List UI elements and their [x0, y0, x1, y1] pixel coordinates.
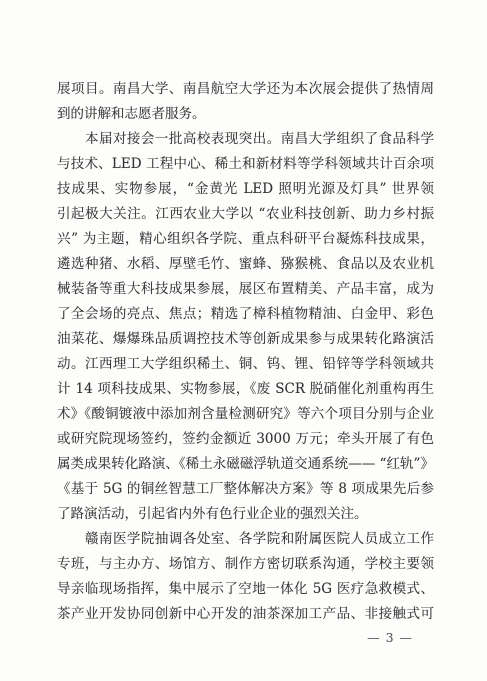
- text-line: 到的讲解和志愿者服务。: [57, 102, 434, 127]
- text-line: 或研究院现场签约，签约金额近 3000 万元；牵头开展了有色金: [57, 427, 434, 452]
- text-line: 了全会场的亮点、焦点；精选了樟科植物精油、白金甲、彩色: [57, 302, 434, 327]
- text-line: 械装备等重大科技成果参展，展区布置精美、产品丰富，成为: [57, 277, 434, 302]
- text-line: 茶产业开发协同创新中心开发的油茶深加工产品、非接触式可: [57, 602, 434, 627]
- text-line: 动。江西理工大学组织稀土、铜、钨、锂、铅锌等学科领域共: [57, 352, 434, 377]
- text-line: 引起极大关注。江西农业大学以 “农业科技创新、助力乡村振: [57, 202, 434, 227]
- page-number: — 3 —: [367, 630, 413, 646]
- text-line: 计 14 项科技成果、实物参展，《废 SCR 脱硝催化剂重构再生技: [57, 377, 434, 402]
- document-page: 展项目。南昌大学、南昌航空大学还为本次展会提供了热情周到的讲解和志愿者服务。本届…: [0, 0, 487, 681]
- text-line: 了路演活动，引起省内外有色行业企业的强烈关注。: [57, 502, 434, 527]
- text-line: 专班，与主办方、场馆方、制作方密切联系沟通，学校主要领: [57, 552, 434, 577]
- text-line: 属类成果转化路演、《稀土永磁磁浮轨道交通系统—— “红轨”》: [57, 452, 434, 477]
- text-line: 技成果、实物参展，“金黄光 LED 照明光源及灯具” 世界领先，: [57, 177, 434, 202]
- text-line: 兴” 为主题，精心组织各学院、重点科研平台凝炼科技成果，: [57, 227, 434, 252]
- text-line: 油菜花、爆爆珠品质调控技术等创新成果参与成果转化路演活: [57, 327, 434, 352]
- text-line: 赣南医学院抽调各处室、各学院和附属医院人员成立工作: [57, 527, 434, 552]
- text-line: 展项目。南昌大学、南昌航空大学还为本次展会提供了热情周: [57, 77, 434, 102]
- text-line: 与技术、LED 工程中心、稀土和新材料等学科领域共计百余项科: [57, 152, 434, 177]
- text-line: 术》《酸铜镀液中添加剂含量检测研究》等六个项目分别与企业: [57, 402, 434, 427]
- body-text: 展项目。南昌大学、南昌航空大学还为本次展会提供了热情周到的讲解和志愿者服务。本届…: [57, 77, 434, 627]
- text-line: 本届对接会一批高校表现突出。南昌大学组织了食品科学: [57, 127, 434, 152]
- text-line: 遴选种猪、水稻、厚壁毛竹、蜜蜂、猕猴桃、食品以及农业机: [57, 252, 434, 277]
- text-line: 导亲临现场指挥，集中展示了空地一体化 5G 医疗急救模式、油: [57, 577, 434, 602]
- text-line: 《基于 5G 的铜丝智慧工厂整体解决方案》等 8 项成果先后参加: [57, 477, 434, 502]
